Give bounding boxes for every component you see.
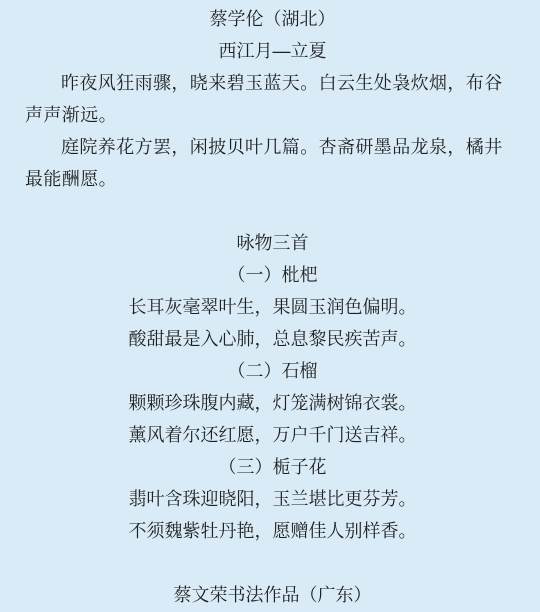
poem-subtitle-gardenia: （三）栀子花: [25, 451, 520, 483]
poem-stanza-2: 庭院养花方罢，闲披贝叶几篇。杏斋研墨品龙泉，橘井最能酬愿。: [25, 131, 520, 195]
group-title: 咏物三首: [25, 227, 520, 259]
poem-line: 酸甜最是入心肺，总息黎民疾苦声。: [25, 323, 520, 355]
blank-line: [25, 195, 520, 227]
poem-title: 西江月—立夏: [25, 35, 520, 67]
poem-subtitle-pomegranate: （二）石榴: [25, 355, 520, 387]
author-heading: 蔡学伦（湖北）: [25, 3, 520, 35]
poem-line: 长耳灰毫翠叶生，果圆玉润色偏明。: [25, 291, 520, 323]
poem-line: 翡叶含珠迎晓阳，玉兰堪比更芬芳。: [25, 483, 520, 515]
poem-stanza-1: 昨夜风狂雨骤，晓来碧玉蓝天。白云生处袅炊烟，布谷声声渐远。: [25, 67, 520, 131]
document-page: 蔡学伦（湖北） 西江月—立夏 昨夜风狂雨骤，晓来碧玉蓝天。白云生处袅炊烟，布谷声…: [0, 0, 540, 612]
poem-line: 颗颗珍珠腹内藏，灯笼满树锦衣裳。: [25, 387, 520, 419]
poem-line: 不须魏紫牡丹艳，愿赠佳人别样香。: [25, 515, 520, 547]
blank-line: [25, 547, 520, 579]
poem-line: 薰风着尔还红愿，万户千门送吉祥。: [25, 419, 520, 451]
next-section-heading: 蔡文荣书法作品（广东）: [25, 579, 520, 611]
poem-subtitle-loquat: （一）枇杷: [25, 259, 520, 291]
